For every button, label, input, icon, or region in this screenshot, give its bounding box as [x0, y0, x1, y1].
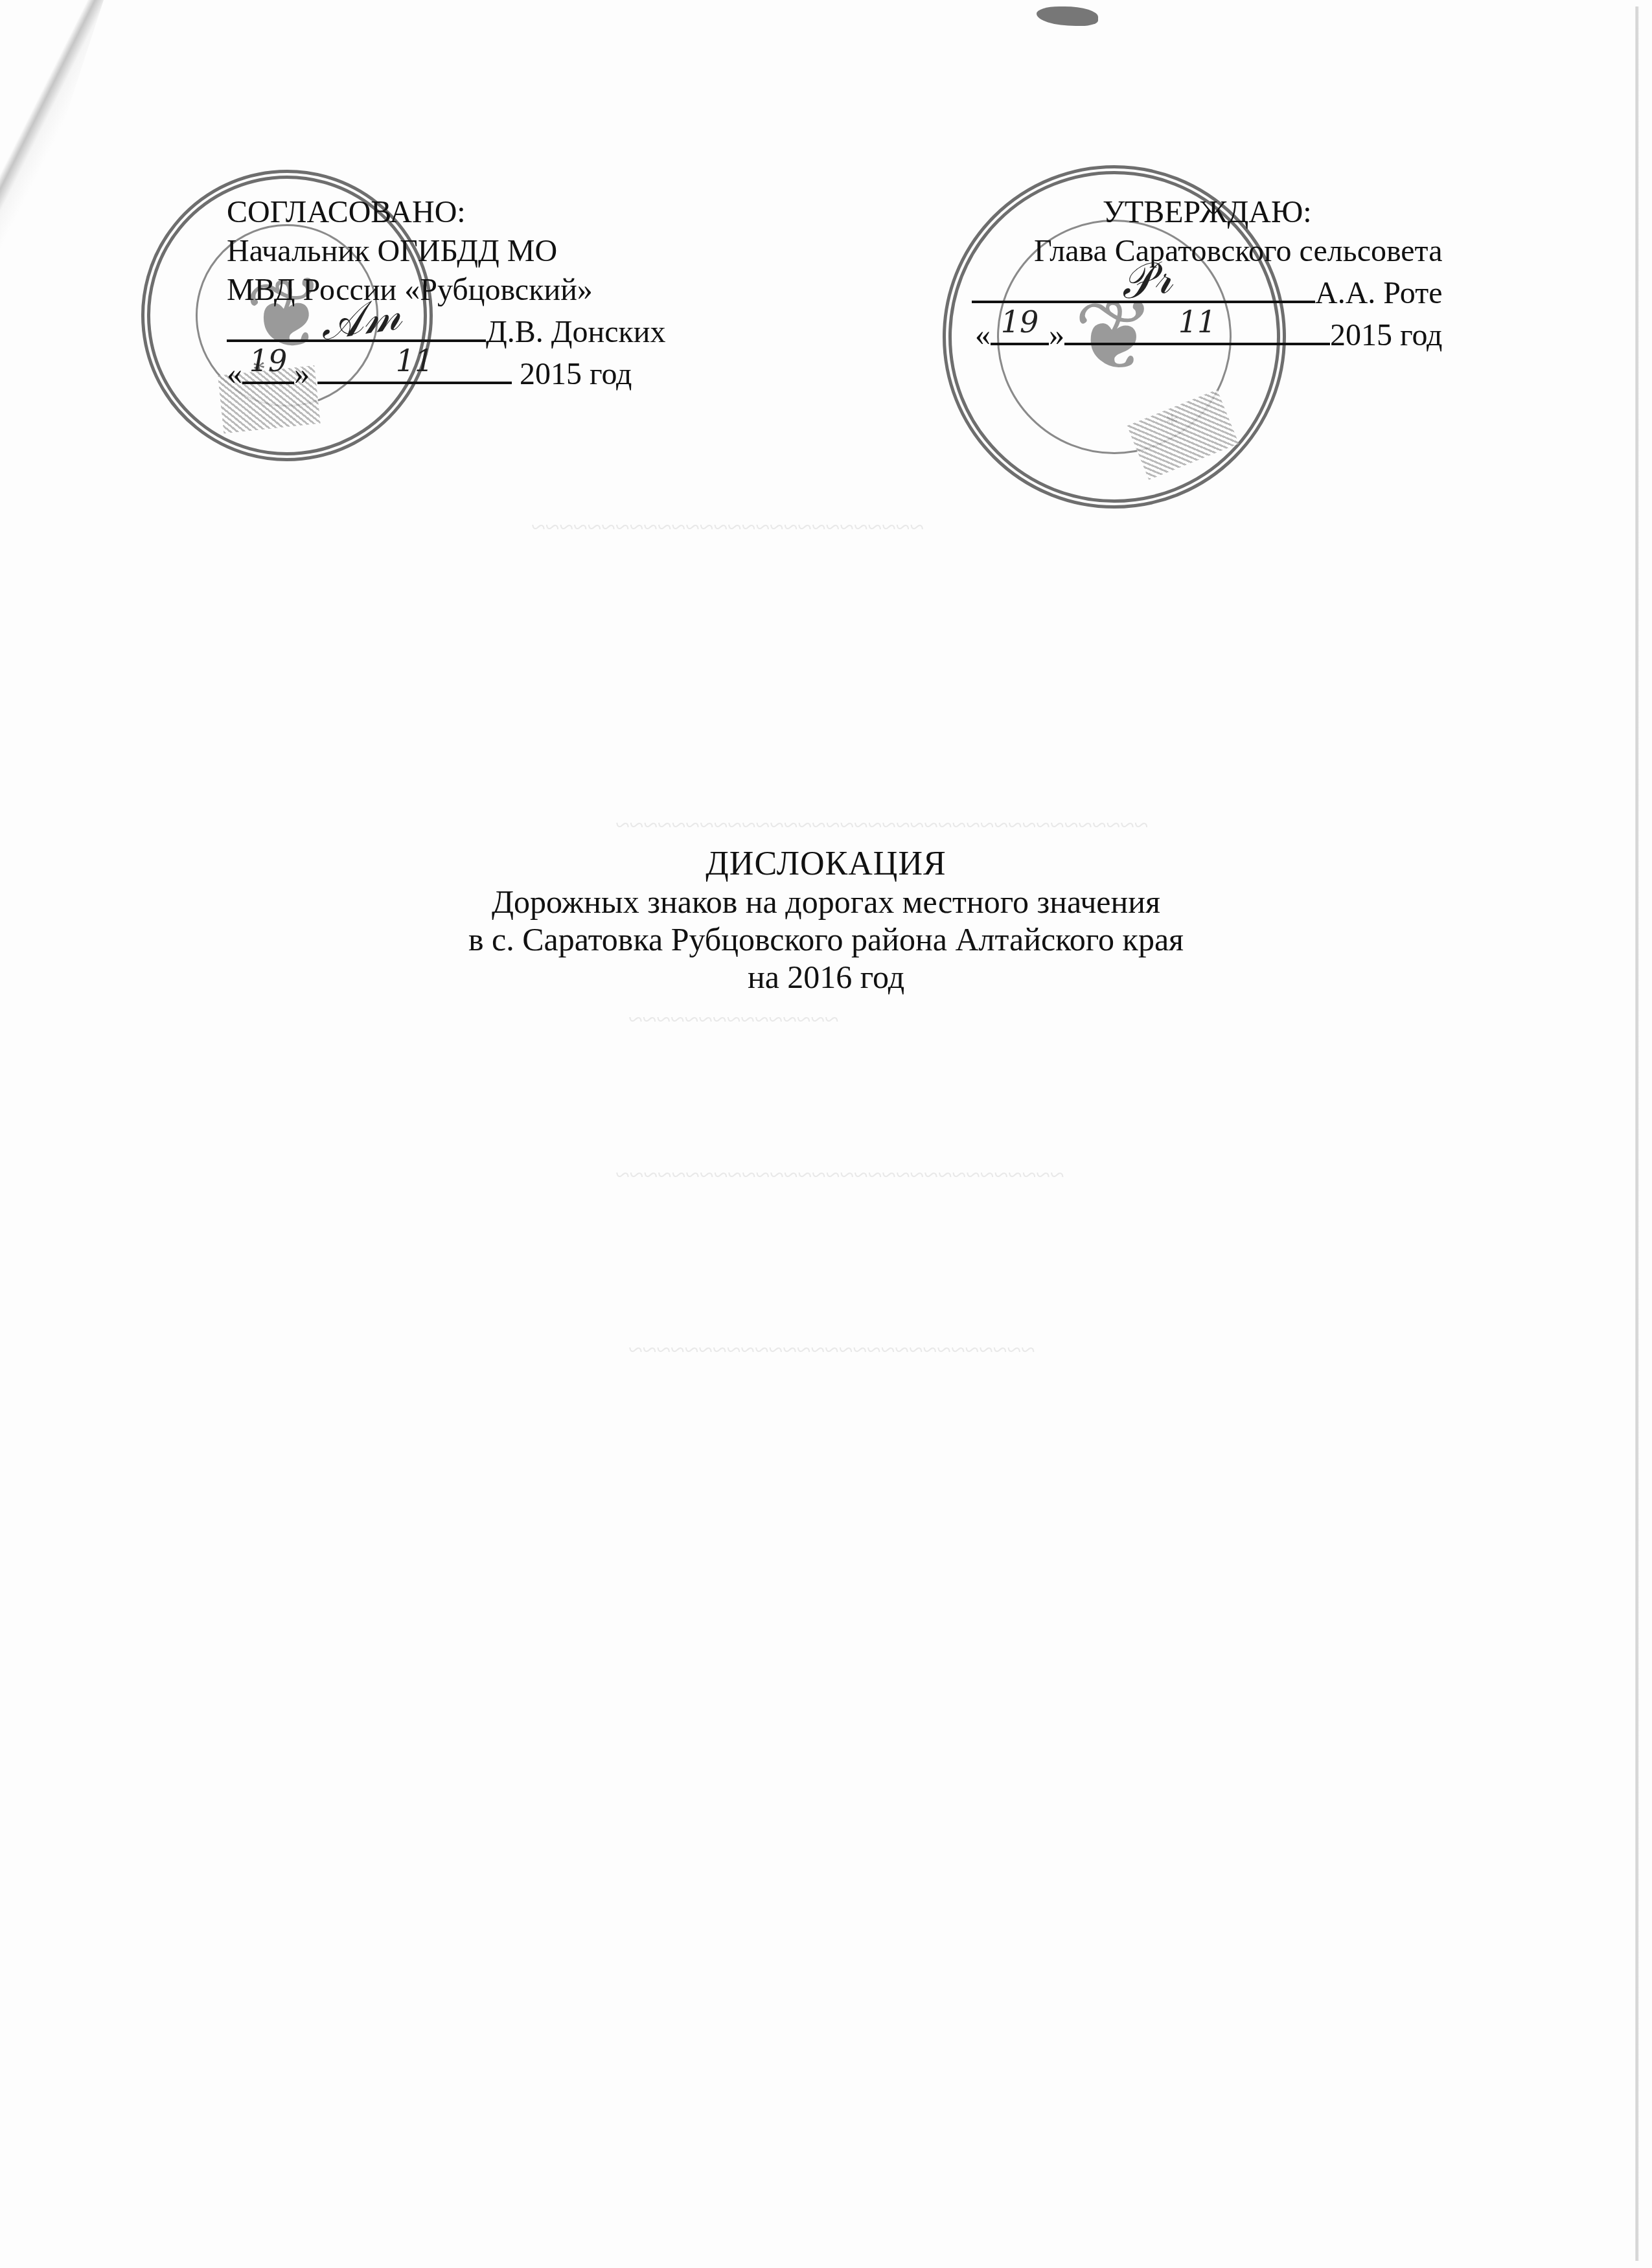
approved-block: УТВЕРЖДАЮ: Глава Саратовского сельсовета… [972, 193, 1442, 355]
handwritten-signature: 𝒫𝓇 [1118, 257, 1174, 303]
document-subtitle-line2: в с. Саратовка Рубцовского района Алтайс… [0, 921, 1652, 958]
show-through-text: ~~~~~~~~~~~~~~~~~~~~~~~~~~~~ [531, 512, 924, 542]
agreed-block: СОГЛАСОВАНО: Начальник ОГИБДД МО МВД Рос… [227, 193, 666, 394]
ink-blot [1037, 6, 1098, 26]
signature-blank: 𝒜𝓂 [227, 310, 486, 342]
document-title-block: ДИСЛОКАЦИЯ Дорожных знаков на дорогах ме… [0, 845, 1652, 996]
show-through-text: ~~~~~~~~~~~~~~~~~~~~~~~~~~~~~~~~ [615, 1160, 1064, 1190]
approved-position-line1: Глава Саратовского сельсовета [972, 232, 1442, 271]
agreed-position-line2: МВД России «Рубцовский» [227, 271, 666, 310]
agreed-signature-line: 𝒜𝓂 Д.В. Донских [227, 310, 666, 352]
document-subtitle-line1: Дорожных знаков на дорогах местного знач… [0, 883, 1652, 921]
show-through-text: ~~~~~~~~~~~~~~~~~~~~~~~~~~~~~~~~~~~~~~ [615, 810, 1148, 840]
handwritten-signature: 𝒜𝓂 [317, 294, 404, 344]
show-through-text: ~~~~~~~~~~~~~~~~~~~~~~~~~~~~~ [628, 1334, 1035, 1365]
agreed-signer-name: Д.В. Донских [486, 315, 666, 349]
approved-signer-name: А.А. Роте [1315, 276, 1442, 310]
handwritten-day: 19 [249, 341, 288, 380]
date-open-quote: « [227, 357, 242, 391]
handwritten-day: 19 [1001, 303, 1039, 341]
handwritten-month: 11 [1178, 303, 1217, 341]
date-close-quote: » [1049, 318, 1064, 352]
agreed-position-line1: Начальник ОГИБДД МО [227, 232, 666, 271]
approved-heading: УТВЕРЖДАЮ: [972, 193, 1442, 232]
scanned-page: ~~~~~~~~~~~~~~~~~~~~~~~~~~~~ ~~~~~~~~~~~… [0, 0, 1652, 2268]
day-blank: 19 [991, 313, 1049, 345]
month-blank: 11 [1064, 313, 1330, 345]
agreed-heading: СОГЛАСОВАНО: [227, 193, 666, 232]
page-edge [1635, 6, 1639, 2261]
handwritten-month: 11 [396, 341, 434, 380]
signature-blank: 𝒫𝓇 [972, 271, 1315, 303]
folded-corner-shadow [0, 0, 104, 337]
date-open-quote: « [975, 318, 991, 352]
approved-date-line: «19»112015 год [972, 313, 1442, 355]
approved-year: 2015 год [1330, 318, 1443, 352]
day-blank: 19 [242, 352, 294, 384]
document-title: ДИСЛОКАЦИЯ [0, 845, 1652, 883]
document-subtitle-line3: на 2016 год [0, 958, 1652, 996]
agreed-date-line: «19» 11 2015 год [227, 352, 666, 394]
agreed-year: 2015 год [520, 357, 632, 391]
date-close-quote: » [294, 357, 310, 391]
show-through-text: ~~~~~~~~~~~~~~~ [628, 1004, 839, 1035]
month-blank: 11 [317, 352, 512, 384]
